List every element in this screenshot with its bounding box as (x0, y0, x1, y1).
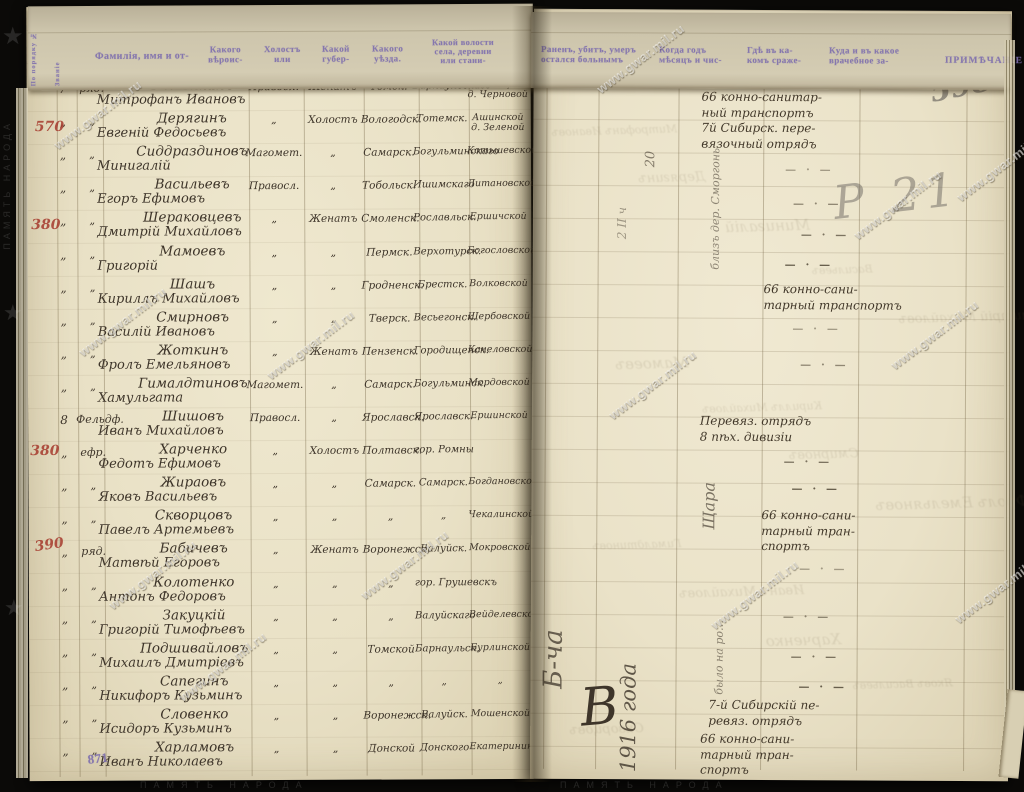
header-line: остался больнымъ (541, 54, 636, 64)
entry-governorate: Пензенск. (362, 345, 418, 357)
entry-given-name: Минигалій (97, 158, 267, 174)
entry-uyezd: Валуйскаго (415, 610, 473, 621)
bleed-through-text: Минигалій (725, 216, 811, 237)
entry-governorate: Пермск. (361, 246, 417, 258)
entry-number: „ (51, 578, 79, 592)
entry-religion: „ (245, 710, 307, 722)
header-line: врачебное за- (829, 55, 899, 65)
entry-governorate: „ (363, 511, 419, 523)
bleed-through-text: Гималдтиновъ (592, 537, 681, 553)
entry-uyezd: Богульминск. (414, 378, 472, 389)
header-status: Раненъ, убитъ, умеръ остался больнымъ (541, 44, 636, 64)
entry-uyezd: Ярославск. (414, 411, 472, 422)
entry-religion: Правосл. (243, 180, 305, 192)
header-line: вѣроис- (208, 54, 243, 64)
entry-uyezd: Барнаульск. (415, 643, 473, 654)
entry-governorate: Воронежск. (363, 709, 419, 721)
entry-number: „ (50, 314, 78, 328)
bleed-through-text: Иванъ Михайловъ (679, 583, 805, 602)
entry-given-name: Михаилъ Дмитріевъ (99, 655, 269, 671)
entry-uyezd: Донского (416, 742, 474, 753)
entry-given-name: Кириллъ Михайловъ (98, 291, 268, 307)
entry-governorate: „ (363, 676, 419, 688)
header-where: Гдѣ въ ка- комъ сраже- (747, 45, 801, 65)
table-row: „„СмирновъВасилій Ивановъ„„Тверск.Весьег… (28, 309, 532, 344)
entry-uyezd: Богульминскаго (413, 146, 471, 157)
entry-marital: „ (305, 610, 365, 622)
entry-uyezd: Весьегонск. (414, 312, 472, 323)
sheet-number-stamp: 871 (87, 750, 109, 768)
entry-number: „ (51, 512, 79, 526)
entry-number: „ (49, 247, 77, 261)
archive-watermark: ПАМЯТЬ НАРОДА (140, 780, 309, 790)
header-volost: Какой волости села, деревни или стани- (432, 38, 494, 65)
entry-given-name: Никифоръ Кузьминъ (99, 688, 269, 704)
entry-number: „ (51, 711, 79, 725)
entry-religion: „ (245, 577, 307, 589)
table-row: „„СкворцовъПавелъ Артемьевъ„„„„Чекалинск… (29, 507, 533, 542)
table-row: „„СловенкоИсидоръ Кузьминъ„„Воронежск.Ва… (29, 706, 533, 741)
header-line: Какого (208, 44, 243, 54)
entry-marital: „ (303, 147, 363, 159)
entry-given-name: Евгеній Федосьевъ (97, 125, 267, 141)
header-line: Холостъ (264, 44, 301, 54)
entry-religion: Магомет. (243, 147, 305, 159)
entry-uyezd: Валуйск. (415, 544, 473, 555)
entry-marital: „ (304, 478, 364, 490)
table-row: „„ЖоткинъФролъ Емельяновъ„ЖенатъПензенск… (28, 342, 532, 377)
entry-number: „ (51, 678, 79, 692)
entry-number: „ (50, 479, 78, 493)
entry-marital: „ (304, 412, 364, 424)
bleed-through-text: Дерягинъ (638, 169, 706, 186)
table-row: „„ГималдтиновъХамульгатаМагомет.„Самарск… (28, 375, 532, 410)
entry-marital: „ (303, 246, 363, 258)
entry-religion: „ (244, 279, 306, 291)
header-line: Гдѣ въ ка- (747, 45, 801, 55)
archive-star-icon: ★ (3, 300, 23, 326)
header-marital: Холостъ или (264, 44, 301, 64)
table-row: „„ЖираовъЯковъ Васильевъ„„Самарск.Самарс… (28, 474, 532, 509)
entry-uyezd: Верхотурск. (413, 246, 471, 257)
header-line: или стани- (432, 56, 494, 65)
entry-governorate: Тверск. (362, 312, 418, 324)
header-line: мѣсяцъ и чис- (659, 55, 722, 65)
entry-governorate: „ (363, 610, 419, 622)
entry-governorate: Полтавск. (362, 444, 418, 456)
entry-marital: „ (304, 279, 364, 291)
entry-marital: „ (304, 379, 364, 391)
entry-religion: „ (243, 246, 305, 258)
entry-given-name: Антонъ Федоровъ (99, 589, 269, 605)
entry-given-name: Иванъ Николаевъ (100, 754, 270, 770)
table-row: „„СапегинъНикифоръ Кузьминъ„„„„„ (29, 673, 533, 708)
entry-marital: Женатъ (304, 345, 364, 357)
entry-uyezd: гор. Грушевскъ (415, 577, 473, 588)
entry-governorate: Воронежск. (363, 544, 419, 556)
table-row: „„МамоевъГригорій„„Пермск.Верхотурск.Бог… (27, 242, 531, 277)
entry-given-name: Митрофанъ Ивановъ (97, 92, 267, 108)
entry-number: „ (50, 347, 78, 361)
entry-governorate: Томской (363, 643, 419, 655)
header-hospital: Куда и въ какое врачебное за- (829, 45, 899, 65)
entry-marital: Женатъ (303, 213, 363, 225)
bleed-through-text: Скворцовъ (569, 721, 644, 738)
margin-number: 570 (35, 119, 64, 135)
header-religion: Какого вѣроис- (208, 44, 243, 64)
entry-marital: „ (305, 643, 365, 655)
entry-governorate: Самарск. (362, 378, 418, 390)
entry-religion: Магомет. (244, 379, 306, 391)
entry-uyezd: Городищенск. (414, 345, 472, 356)
entry-given-name: Федотъ Ефимовъ (98, 456, 268, 472)
entry-religion: „ (245, 677, 307, 689)
entry-given-name: Дмитрій Михайловъ (97, 224, 267, 240)
entry-uyezd: Брестск. (414, 279, 472, 290)
bleed-through-text: Яковъ Васильевъ (852, 676, 953, 692)
entry-given-name: Егоръ Ефимовъ (97, 191, 267, 207)
entry-uyezd: Ишимскаго (413, 179, 471, 190)
bleed-through-text: Митрофанъ Ивановъ (551, 122, 677, 139)
entry-uyezd: Валуйск. (415, 709, 473, 720)
entry-governorate: Смоленск. (361, 213, 417, 225)
entry-number: „ (50, 280, 78, 294)
header-uyezd: Какого уѣзда. (372, 43, 403, 63)
entry-governorate: Ярославск. (362, 411, 418, 423)
entry-given-name: Григорій (97, 258, 267, 274)
entries-table: 7ряд.ТюменкинъМитрофанъ ИвановъПравосл.Ж… (26, 5, 533, 781)
table-row: „ряд.БабичевъМатвѣй Егоровъ„ЖенатъВороне… (29, 540, 533, 575)
header-line: уѣзда. (372, 53, 403, 63)
header-line: Раненъ, убитъ, умеръ (541, 44, 636, 54)
header-line: или (264, 54, 301, 64)
entry-governorate: Гродненск. (362, 279, 418, 291)
table-row: „„ПодшивайловъМихаилъ Дмитріевъ„„Томской… (29, 640, 533, 675)
header-name: Фамилія, имя и от- (95, 51, 189, 61)
entry-uyezd: Рославльск. (413, 213, 471, 224)
header-when: Когда годъ мѣсяцъ и чис- (659, 45, 722, 65)
entry-given-name: Хамульгата (98, 390, 268, 406)
entry-religion: „ (245, 544, 307, 556)
book-edge-pages (16, 88, 28, 778)
entry-marital: „ (303, 180, 363, 192)
entry-religion: „ (243, 213, 305, 225)
paper-crease (531, 32, 1011, 35)
entry-number: „ (50, 380, 78, 394)
header-rank: Званіе (54, 30, 61, 86)
table-row: „„ШераковцевъДмитрій Михайловъ„ЖенатъСмо… (27, 209, 531, 244)
entry-governorate: Тобольск. (361, 180, 417, 192)
margin-number: 380 (30, 443, 59, 459)
entry-uyezd: „ (415, 676, 473, 687)
header-governorate: Какой губер- (322, 44, 350, 64)
archive-watermark: ПАМЯТЬ НАРОДА (560, 780, 729, 790)
entry-marital: Женатъ (305, 544, 365, 556)
entry-given-name: Иванъ Михайловъ (98, 423, 268, 439)
register-right-page: 598 Р 21 В 66 конно-санитар- ный транспо… (530, 9, 1012, 781)
entry-religion: Правосл. (244, 412, 306, 424)
entry-number: „ (49, 148, 77, 162)
table-row: „„ЗакуцкійГригорій Тимофѣевъ„„„Валуйскаг… (29, 606, 533, 641)
bleed-through-text: Кириллъ Михайловъ (702, 399, 822, 416)
paper-crease (28, 30, 533, 34)
header-line: комъ сраже- (747, 55, 801, 65)
table-row: „„ДерягинъЕвгеній Федосьевъ„ХолостъВолог… (27, 110, 531, 145)
entry-given-name: Григорій Тимофѣевъ (99, 622, 269, 638)
entry-marital: „ (305, 511, 365, 523)
entry-religion: „ (244, 445, 306, 457)
entry-number: „ (49, 181, 77, 195)
table-row: „„СиддраздиновъМинигалійМагомет.„Самарск… (27, 143, 531, 178)
entry-governorate: Вологодск. (361, 113, 417, 125)
table-row: „ефр.ХарченкоФедотъ Ефимовъ„ХолостъПолта… (28, 441, 532, 476)
entry-religion: „ (243, 114, 305, 126)
entry-religion: „ (245, 610, 307, 622)
bleed-through-text: Смирновъ (788, 446, 858, 463)
entry-uyezd: Тотемск. (413, 113, 471, 124)
register-left-page: 7ряд.ТюменкинъМитрофанъ ИвановъПравосл.Ж… (26, 5, 533, 781)
table-row: 8Фельдф.ШишовъИванъ МихайловъПравосл.„Яр… (28, 408, 532, 443)
entry-religion: „ (244, 313, 306, 325)
archive-watermark: ПАМЯТЬ НАРОДА (2, 120, 12, 250)
entry-governorate: „ (363, 577, 419, 589)
header-order-no: По порядку № (30, 24, 37, 86)
entry-governorate: Самарск. (362, 478, 418, 490)
book-fore-edge (1004, 40, 1015, 770)
bleed-through-text: Харченко (765, 630, 841, 650)
entry-governorate: Донской (364, 742, 420, 754)
entry-governorate: Самарск. (361, 147, 417, 159)
entry-given-name: Яковъ Васильевъ (98, 489, 268, 505)
entry-number: 8 (50, 413, 78, 427)
table-row: „„ШашъКириллъ Михайловъ„„Гродненск.Брест… (27, 275, 531, 310)
archival-scan: ★ ★ ★ ПАМЯТЬ НАРОДА ПАМЯТЬ НАРОДА ПАМЯТЬ… (0, 0, 1024, 792)
bleed-through-text: Мамоевъ (615, 353, 689, 373)
bleed-through-text: Васильевъ (811, 262, 872, 277)
entry-religion: „ (246, 743, 308, 755)
entry-marital: Холостъ (303, 114, 363, 126)
column-header-strip-left: По порядку № Званіе Фамилія, имя и от- К… (28, 4, 533, 91)
bleed-through-layer: Митрофанъ ИвановъДерягинъМинигалійВасиль… (530, 9, 1012, 781)
column-header-strip-right: Раненъ, убитъ, умеръ остался больнымъ Ко… (531, 12, 1011, 90)
entry-marital: „ (305, 577, 365, 589)
entry-uyezd: гор. Ромны (414, 444, 472, 455)
book-gutter-shadow (512, 6, 552, 782)
entry-given-name: Исидоръ Кузьминъ (99, 721, 269, 737)
header-line: Куда и въ какое (829, 45, 899, 55)
entry-given-name: Василій Ивановъ (98, 324, 268, 340)
entry-marital: „ (305, 710, 365, 722)
header-line: Какого (372, 43, 403, 53)
bleed-through-text: Фролъ Емельяновъ (875, 492, 1024, 515)
header-line: Какой (322, 44, 350, 54)
archive-star-icon: ★ (2, 22, 24, 51)
entry-religion: „ (245, 644, 307, 656)
archive-star-icon: ★ (4, 595, 24, 621)
entry-given-name: Павелъ Артемьевъ (99, 522, 269, 538)
margin-number: 380 (31, 217, 60, 233)
entry-marital: „ (306, 743, 366, 755)
header-line: Когда годъ (659, 45, 722, 55)
entry-uyezd: Самарск. (414, 477, 472, 488)
entry-religion: „ (245, 511, 307, 523)
table-row: „„КолотенкоАнтонъ Федоровъ„„„гор. Грушев… (29, 573, 533, 608)
entry-uyezd: „ (415, 510, 473, 521)
entry-marital: „ (305, 676, 365, 688)
entry-marital: Холостъ (304, 445, 364, 457)
entry-number: „ (52, 744, 80, 758)
entry-given-name: Матвѣй Егоровъ (99, 555, 269, 571)
header-line: губер- (322, 54, 350, 64)
entry-given-name: Фролъ Емельяновъ (98, 357, 268, 373)
table-row: „„ВасильевъЕгоръ ЕфимовъПравосл.„Тобольс… (27, 176, 531, 211)
entry-number: „ (51, 611, 79, 625)
entry-religion: „ (244, 478, 306, 490)
entry-marital: „ (304, 312, 364, 324)
entry-number: „ (51, 645, 79, 659)
entry-religion: „ (244, 346, 306, 358)
